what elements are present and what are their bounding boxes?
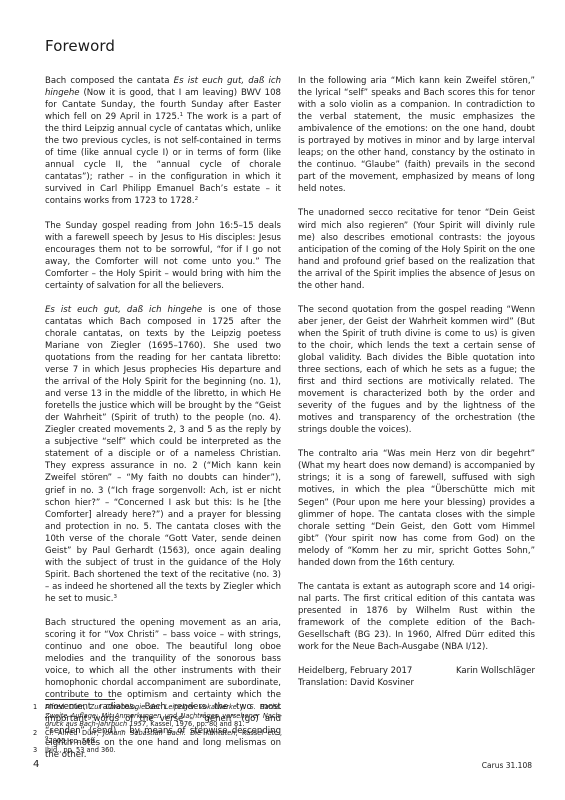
footnote-ref-2[interactable]: 2 bbox=[195, 196, 199, 202]
paragraph-libretto: Es ist euch gut, daß ich hingehe is one … bbox=[45, 304, 281, 605]
footnote-divider bbox=[45, 699, 115, 700]
paragraph-tenor-aria: In the following aria “Mich kann kein Zw… bbox=[298, 75, 535, 195]
paragraph-gospel: The Sunday gospel reading from John 16:5… bbox=[45, 220, 281, 292]
text-span: The work is a part of the third Leipzig … bbox=[45, 112, 281, 206]
cantata-title-italic: Es ist euch gut, daß ich hingehe bbox=[45, 305, 202, 315]
catalog-number: Carus 31.108 bbox=[482, 761, 532, 770]
footnote-1: 1 Alfred Dürr, Zur Chronologie der Leipz… bbox=[33, 703, 282, 729]
paragraph-contralto-aria: The contralto aria “Was mein Herz von di… bbox=[298, 448, 535, 568]
right-column: In the following aria “Mich kann kein Zw… bbox=[298, 75, 535, 689]
text-span: Cf. Alfred Dürr, bbox=[45, 729, 103, 737]
paragraph-recitative: The unadorned secco recitative for tenor… bbox=[298, 207, 535, 291]
text-span: , Kassel etc., bbox=[235, 729, 282, 737]
left-column: Bach composed the cantata Es ist euch gu… bbox=[45, 75, 281, 774]
footnote-number: 1 bbox=[33, 703, 45, 729]
place-date: Heidelberg, February 2017 bbox=[298, 665, 412, 677]
footnote-2: 2 Cf. Alfred Dürr, Johann Sebastian Bach… bbox=[33, 729, 282, 746]
signature-line: Heidelberg, February 2017 Karin Wollschl… bbox=[298, 665, 535, 677]
paragraph-intro: Bach composed the cantata Es ist euch gu… bbox=[45, 75, 281, 208]
paragraph-sources: The cantata is extant as autograph score… bbox=[298, 581, 535, 653]
page-number: 4 bbox=[33, 759, 39, 770]
footnote-text: Ibid., pp. 53 and 360. bbox=[45, 746, 282, 755]
footnote-text: Cf. Alfred Dürr, Johann Sebastian Bach. … bbox=[45, 729, 282, 746]
book-title-italic: Johann Sebastian Bach. Die Kantaten bbox=[103, 729, 235, 737]
page-title: Foreword bbox=[45, 37, 115, 55]
author-name: Karin Wollschläger bbox=[456, 665, 535, 677]
footnote-ref-3[interactable]: 3 bbox=[113, 594, 117, 600]
text-span: is one of those cantatas which Bach comp… bbox=[45, 305, 281, 604]
paragraph-chorus: The second quotation from the gospel rea… bbox=[298, 304, 535, 437]
text-span: Bach composed the cantata bbox=[45, 76, 174, 86]
text-span: Alfred Dürr, bbox=[45, 703, 90, 711]
footnote-text: Alfred Dürr, Zur Chronologie der Leipzig… bbox=[45, 703, 282, 729]
translator-credit: Translation: David Kosviner bbox=[298, 677, 535, 689]
text-span: , Kassel, 1976, pp. 80 and 81. bbox=[146, 720, 244, 728]
footnote-number: 2 bbox=[33, 729, 45, 746]
text-span: 2005, pp. 56ff. bbox=[49, 737, 98, 745]
footnote-number: 3 bbox=[33, 746, 45, 755]
footnote-3: 3 Ibid., pp. 53 and 360. bbox=[33, 746, 282, 755]
footnotes: 1 Alfred Dürr, Zur Chronologie der Leipz… bbox=[33, 703, 282, 755]
